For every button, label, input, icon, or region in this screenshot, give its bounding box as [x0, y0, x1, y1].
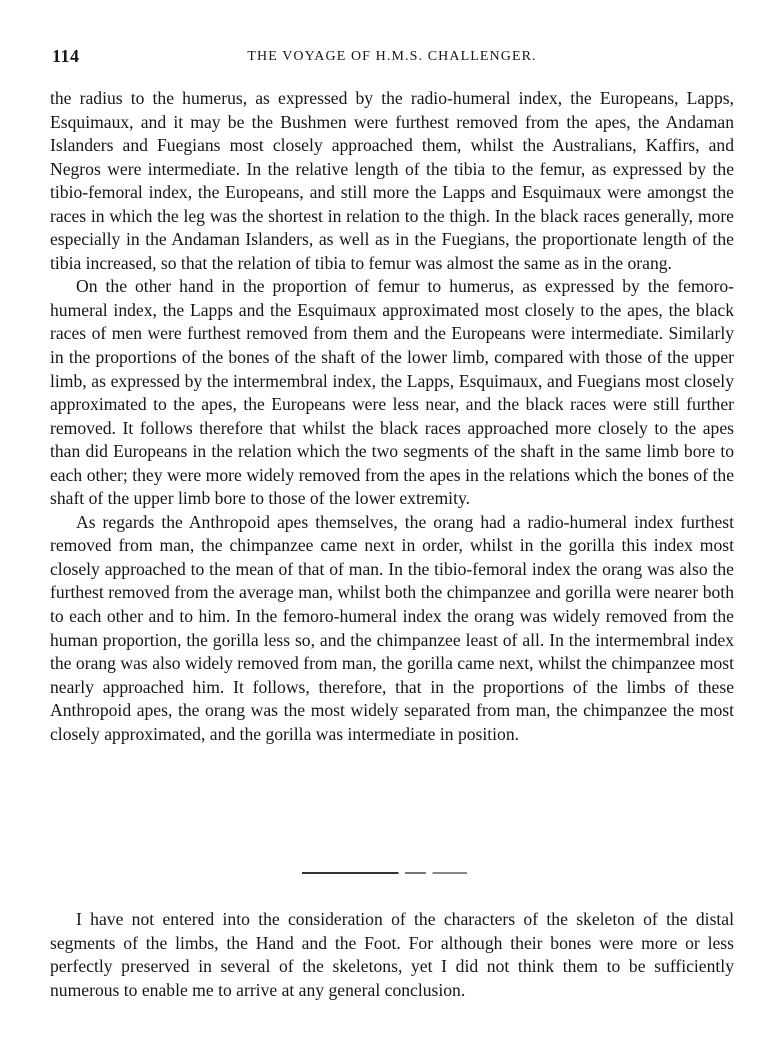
paragraph-femoro-humeral: On the other hand in the proportion of f… [50, 275, 734, 510]
body-text: the radius to the humerus, as expressed … [50, 87, 734, 746]
closing-section: I have not entered into the consideratio… [50, 908, 734, 1002]
running-head: 114 THE VOYAGE OF H.M.S. CHALLENGER. [50, 46, 734, 70]
section-divider-rule [302, 872, 474, 874]
paragraph-anthropoid-apes: As regards the Anthropoid apes themselve… [50, 511, 734, 746]
paragraph-continued: the radius to the humerus, as expressed … [50, 87, 734, 275]
running-title: THE VOYAGE OF H.M.S. CHALLENGER. [50, 49, 734, 65]
paragraph-hand-and-foot: I have not entered into the consideratio… [50, 908, 734, 1002]
